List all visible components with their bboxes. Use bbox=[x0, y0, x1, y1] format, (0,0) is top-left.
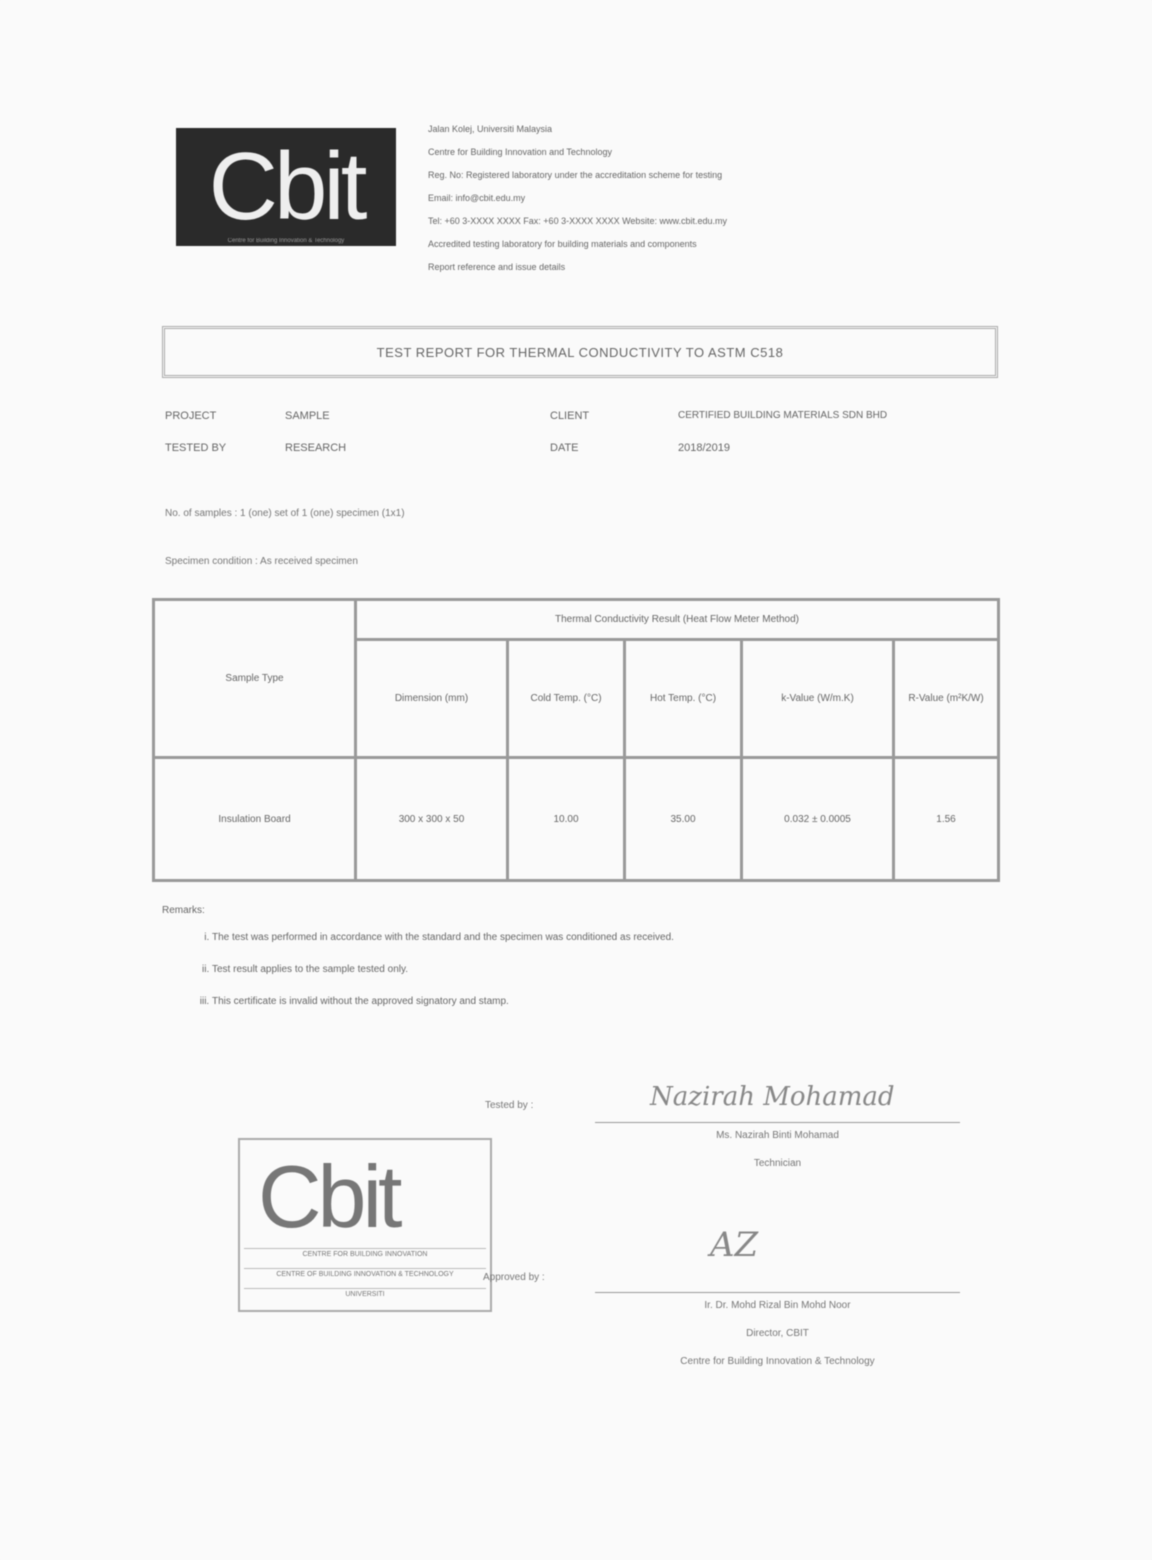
approved-by-name: Ir. Dr. Mohd Rizal Bin Mohd Noor bbox=[595, 1300, 960, 1311]
info-label-client: CLIENT bbox=[550, 410, 589, 422]
header-group: Thermal Conductivity Result (Heat Flow M… bbox=[356, 600, 999, 640]
address-line: Centre for Building Innovation and Techn… bbox=[428, 141, 968, 164]
approved-by-role: Director, CBIT bbox=[595, 1328, 960, 1339]
header-hot-temp: Hot Temp. (°C) bbox=[625, 640, 742, 758]
address-line: Report reference and issue details bbox=[428, 256, 968, 279]
document-page: Cbit Centre for Building Innovation & Te… bbox=[0, 0, 1152, 1560]
cell-cold-temp: 10.00 bbox=[508, 758, 625, 881]
approved-by-org: Centre for Building Innovation & Technol… bbox=[585, 1356, 970, 1367]
address-line: Tel: +60 3-XXXX XXXX Fax: +60 3-XXXX XXX… bbox=[428, 210, 968, 233]
table-row: Insulation Board 300 x 300 x 50 10.00 35… bbox=[154, 758, 999, 881]
approved-by-label: Approved by : bbox=[483, 1272, 545, 1283]
info-value-tested-by: RESEARCH bbox=[285, 442, 346, 454]
stamp-logo-text: Cbit bbox=[258, 1146, 399, 1248]
cell-sample-type: Insulation Board bbox=[154, 758, 356, 881]
header-sample-type: Sample Type bbox=[154, 600, 356, 758]
cell-dimension: 300 x 300 x 50 bbox=[356, 758, 508, 881]
cell-k-value: 0.032 ± 0.0005 bbox=[742, 758, 894, 881]
address-line: Email: info@cbit.edu.my bbox=[428, 187, 968, 210]
tested-by-signature: Nazirah Mohamad bbox=[650, 1082, 895, 1112]
stamp-line: CENTRE OF BUILDING INNOVATION & TECHNOLO… bbox=[244, 1268, 486, 1278]
tested-by-name: Ms. Nazirah Binti Mohamad bbox=[595, 1130, 960, 1141]
header-dimension: Dimension (mm) bbox=[356, 640, 508, 758]
results-table: Sample Type Thermal Conductivity Result … bbox=[152, 598, 1000, 882]
cbit-logo: Cbit Centre for Building Innovation & Te… bbox=[176, 128, 396, 246]
info-label-date: DATE bbox=[550, 442, 579, 454]
info-value-project: SAMPLE bbox=[285, 410, 330, 422]
tested-by-label: Tested by : bbox=[485, 1100, 533, 1111]
address-line: Jalan Kolej, Universiti Malaysia bbox=[428, 118, 968, 141]
remark-item: Test result applies to the sample tested… bbox=[212, 954, 962, 986]
approved-by-line bbox=[595, 1292, 960, 1293]
info-label-project: PROJECT bbox=[165, 410, 216, 422]
approved-by-signature: AZ bbox=[710, 1225, 758, 1265]
logo-subtitle: Centre for Building Innovation & Technol… bbox=[182, 238, 390, 244]
cell-r-value: 1.56 bbox=[894, 758, 999, 881]
tested-by-line bbox=[595, 1122, 960, 1123]
header-cold-temp: Cold Temp. (°C) bbox=[508, 640, 625, 758]
info-value-date: 2018/2019 bbox=[678, 442, 730, 454]
specimen-condition-text: Specimen condition : As received specime… bbox=[165, 556, 358, 567]
header-k-value: k-Value (W/m.K) bbox=[742, 640, 894, 758]
info-value-client: CERTIFIED BUILDING MATERIALS SDN BHD bbox=[678, 410, 887, 421]
address-line: Accredited testing laboratory for buildi… bbox=[428, 233, 968, 256]
remarks-heading: Remarks: bbox=[162, 905, 962, 916]
remarks-section: Remarks: The test was performed in accor… bbox=[162, 905, 962, 1018]
logo-text: Cbit bbox=[209, 132, 364, 242]
letterhead-address: Jalan Kolej, Universiti Malaysia Centre … bbox=[428, 118, 968, 279]
address-line: Reg. No: Registered laboratory under the… bbox=[428, 164, 968, 187]
cbit-stamp: Cbit CENTRE FOR BUILDING INNOVATION CENT… bbox=[238, 1138, 492, 1312]
cell-hot-temp: 35.00 bbox=[625, 758, 742, 881]
info-label-tested-by: TESTED BY bbox=[165, 442, 226, 454]
header-r-value: R-Value (m²K/W) bbox=[894, 640, 999, 758]
sample-count-text: No. of samples : 1 (one) set of 1 (one) … bbox=[165, 508, 405, 519]
tested-by-role: Technician bbox=[595, 1158, 960, 1169]
report-title: TEST REPORT FOR THERMAL CONDUCTIVITY TO … bbox=[162, 326, 998, 378]
stamp-line: CENTRE FOR BUILDING INNOVATION bbox=[244, 1248, 486, 1258]
remark-item: This certificate is invalid without the … bbox=[212, 986, 962, 1018]
stamp-line: UNIVERSITI bbox=[244, 1288, 486, 1298]
remark-item: The test was performed in accordance wit… bbox=[212, 922, 962, 954]
